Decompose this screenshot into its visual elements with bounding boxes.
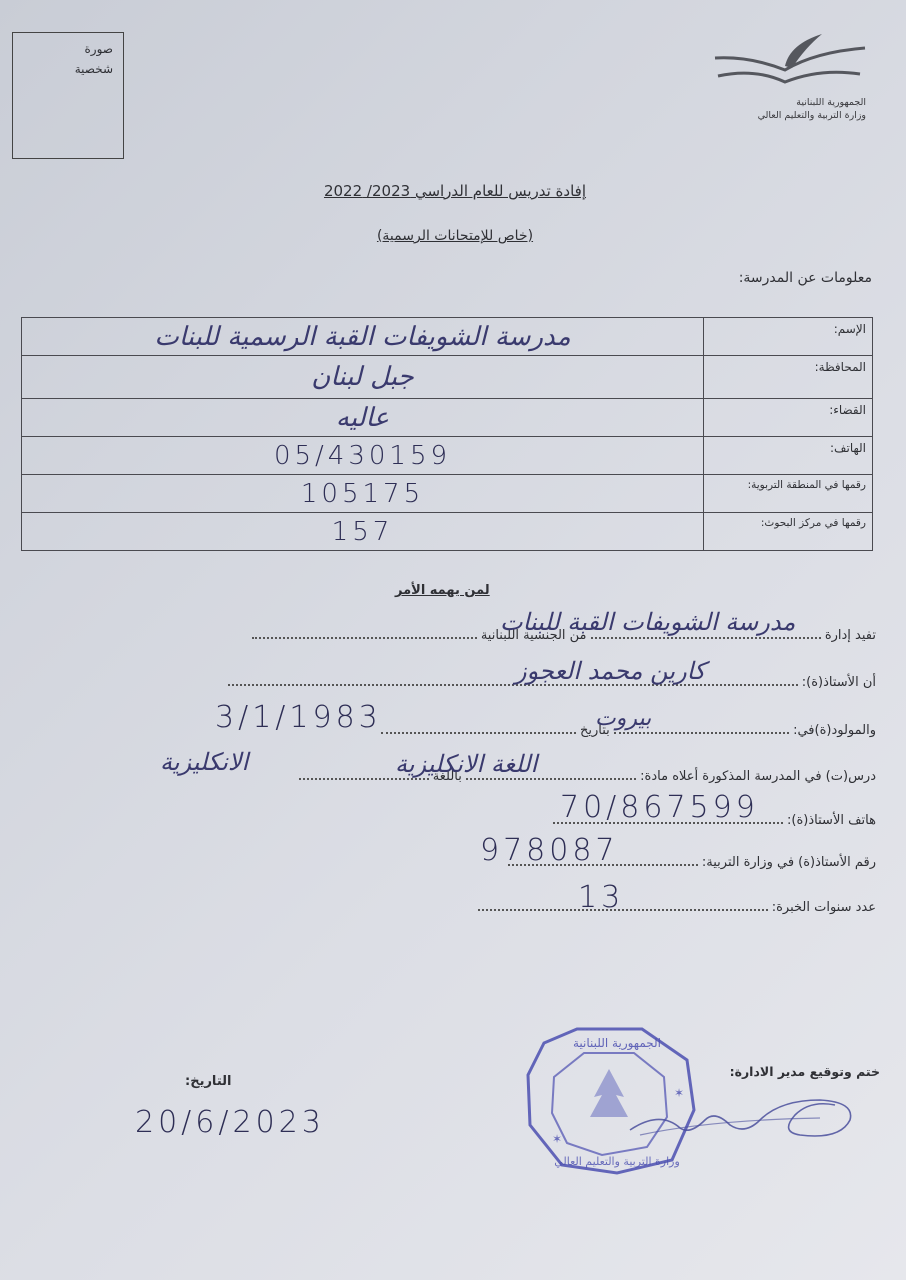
- row-label-research-center-no: رقمها في مركز البحوث:: [704, 513, 873, 551]
- ministry-no-label: رقم الأستاذ(ة) في وزارة التربية:: [702, 855, 876, 870]
- stamp-bottom-text: وزارة التربية والتعليم العالي: [554, 1155, 680, 1168]
- row-value-phone: 05/430159: [22, 437, 704, 475]
- school-name-value: مدرسة الشويفات القبة الرسمية للبنات: [154, 322, 570, 352]
- experience-value: 13: [578, 880, 624, 915]
- birth-place-value: بيروت: [595, 706, 651, 731]
- photo-label-line2: شخصية: [75, 59, 113, 79]
- photo-label-line1: صورة: [75, 39, 113, 59]
- row-label-district: القضاء:: [704, 399, 873, 437]
- school-info-table: الإسم: مدرسة الشويفات القبة الرسمية للبن…: [21, 317, 873, 551]
- row-label-governorate: المحافظة:: [704, 356, 873, 399]
- subject-line: درس(ت) في المدرسة المذكورة أعلاه مادة: ب…: [299, 764, 876, 784]
- table-row: الهاتف: 05/430159: [22, 437, 873, 475]
- admin-value: مدرسة الشويفات القبة للبنات: [500, 608, 795, 636]
- table-row: رقمها في المنطقة التربوية: 105175: [22, 475, 873, 513]
- director-signature: [620, 1080, 860, 1150]
- governorate-value: جبل لبنان: [311, 362, 414, 392]
- ministry-line2: وزارة التربية والتعليم العالي: [758, 109, 866, 122]
- row-value-name: مدرسة الشويفات القبة الرسمية للبنات: [22, 318, 704, 356]
- date-value: 20/6/2023: [135, 1105, 325, 1140]
- row-value-governorate: جبل لبنان: [22, 356, 704, 399]
- document-subtitle: (خاص للإمتحانات الرسمية): [340, 228, 570, 244]
- table-row: رقمها في مركز البحوث: 157: [22, 513, 873, 551]
- photo-label: صورة شخصية: [75, 39, 113, 79]
- row-label-edu-region-no: رقمها في المنطقة التربوية:: [704, 475, 873, 513]
- teacher-phone-label: هاتف الأستاذ(ة):: [787, 813, 876, 828]
- row-label-phone: الهاتف:: [704, 437, 873, 475]
- ministry-line1: الجمهورية اللبنانية: [758, 96, 866, 109]
- birth-date-value: 3/1/1983: [215, 700, 382, 735]
- table-row: الإسم: مدرسة الشويفات القبة الرسمية للبن…: [22, 318, 873, 356]
- row-value-research-center-no: 157: [22, 513, 704, 551]
- district-value: عاليه: [336, 403, 389, 433]
- teacher-phone-value: 70/867599: [560, 790, 759, 825]
- row-value-district: عاليه: [22, 399, 704, 437]
- ministry-name: الجمهورية اللبنانية وزارة التربية والتعل…: [758, 96, 866, 122]
- table-row: القضاء: عاليه: [22, 399, 873, 437]
- experience-line: عدد سنوات الخبرة:: [478, 895, 876, 915]
- subject-value: اللغة الانكليزية: [395, 750, 537, 778]
- experience-label: عدد سنوات الخبرة:: [772, 900, 876, 915]
- teacher-label: أن الأستاذ(ة):: [802, 675, 876, 690]
- personal-photo-box: صورة شخصية: [12, 32, 124, 159]
- svg-text:✶: ✶: [552, 1132, 562, 1146]
- language-value: الانكليزية: [160, 748, 248, 776]
- school-phone-value: 05/430159: [274, 441, 451, 471]
- document-title: إفادة تدريس للعام الدراسي 2023/ 2022: [290, 182, 620, 200]
- signature-label: ختم وتوقيع مدير الادارة:: [730, 1064, 880, 1079]
- ministry-no-value: 978087: [480, 833, 619, 868]
- table-row: المحافظة: جبل لبنان: [22, 356, 873, 399]
- taught-label: درس(ت) في المدرسة المذكورة أعلاه مادة:: [640, 769, 876, 784]
- stamp-top-text: الجمهورية اللبنانية: [573, 1036, 661, 1051]
- teacher-name-value: كارين محمد العجوز: [515, 657, 705, 685]
- edu-region-no-value: 105175: [301, 479, 424, 509]
- to-whom-heading: لمن يهمه الأمر: [395, 583, 490, 598]
- school-info-heading: معلومات عن المدرسة:: [739, 270, 872, 286]
- row-value-edu-region-no: 105175: [22, 475, 704, 513]
- research-center-no-value: 157: [332, 517, 394, 547]
- row-label-name: الإسم:: [704, 318, 873, 356]
- admin-prefix: تفيد إدارة: [825, 628, 876, 643]
- date-label: التاريخ:: [185, 1074, 231, 1089]
- birth-place-label: والمولود(ة)في:: [793, 723, 876, 738]
